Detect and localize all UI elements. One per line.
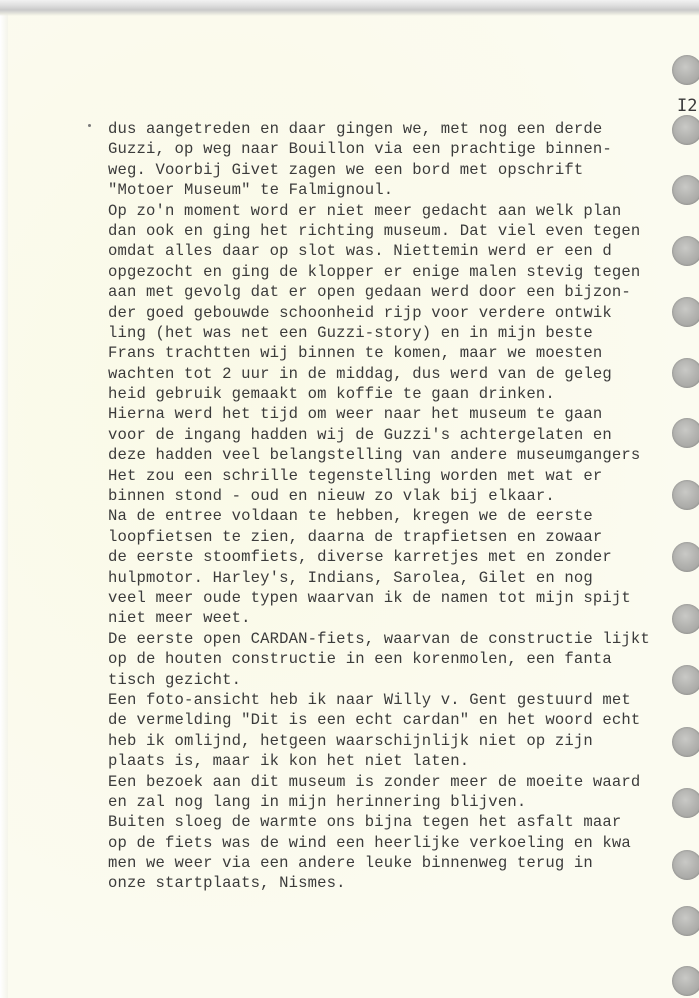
punch-hole-icon	[672, 297, 699, 327]
text-line: aan met gevolg dat er open gedaan werd d…	[108, 282, 699, 302]
text-line: loopfietsen te zien, daarna de trapfiets…	[108, 527, 699, 547]
page-number: I2	[677, 96, 697, 116]
text-line: op de fiets was de wind een heerlijke ve…	[108, 833, 699, 853]
text-line: weg. Voorbij Givet zagen we een bord met…	[108, 160, 699, 180]
text-line: "Motoer Museum" te Falmignoul.	[108, 180, 699, 200]
text-line: wachten tot 2 uur in de middag, dus werd…	[108, 364, 699, 384]
text-line: Een bezoek aan dit museum is zonder meer…	[108, 772, 699, 792]
text-line: De eerste open CARDAN-fiets, waarvan de …	[108, 629, 699, 649]
punch-hole-icon	[672, 850, 699, 880]
text-line: niet meer weet.	[108, 608, 699, 628]
punch-hole-icon	[672, 115, 699, 145]
page-top-edge-shadow	[0, 0, 699, 16]
text-line: tisch gezicht.	[108, 670, 699, 690]
text-line: Op zo'n moment word er niet meer gedacht…	[108, 201, 699, 221]
text-line: onze startplaats, Nismes.	[108, 873, 699, 893]
punch-hole-icon	[672, 358, 699, 388]
punch-hole-icon	[672, 55, 699, 85]
punch-hole-icon	[672, 604, 699, 634]
punch-hole-icon	[672, 542, 699, 572]
punch-hole-icon	[672, 480, 699, 510]
text-line: Het zou een schrille tegenstelling worde…	[108, 466, 699, 486]
punch-hole-icon	[672, 788, 699, 818]
text-line: Guzzi, op weg naar Bouillon via een prac…	[108, 139, 699, 159]
margin-mark	[88, 124, 91, 127]
text-line: deze hadden veel belangstelling van ande…	[108, 445, 699, 465]
text-line: Hierna werd het tijd om weer naar het mu…	[108, 404, 699, 424]
text-line: der goed gebouwde schoonheid rijp voor v…	[108, 303, 699, 323]
punch-hole-icon	[672, 665, 699, 695]
text-line: op de houten constructie in een korenmol…	[108, 649, 699, 669]
text-line: veel meer oude typen waarvan ik de namen…	[108, 588, 699, 608]
punch-hole-icon	[672, 418, 699, 448]
punch-hole-icon	[672, 727, 699, 757]
page-left-edge	[0, 0, 8, 998]
punch-hole-icon	[672, 906, 699, 936]
text-line: de eerste stoomfiets, diverse karretjes …	[108, 547, 699, 567]
punch-hole-icon	[672, 175, 699, 205]
punch-hole-icon	[672, 966, 699, 996]
text-line: voor de ingang hadden wij de Guzzi's ach…	[108, 425, 699, 445]
text-line: en zal nog lang in mijn herinnering blij…	[108, 792, 699, 812]
text-line: ling (het was net een Guzzi-story) en in…	[108, 323, 699, 343]
text-line: Buiten sloeg de warmte ons bijna tegen h…	[108, 812, 699, 832]
text-line: heid gebruik gemaakt om koffie te gaan d…	[108, 384, 699, 404]
text-line: heb ik omlijnd, hetgeen waarschijnlijk n…	[108, 731, 699, 751]
punch-hole-icon	[672, 236, 699, 266]
text-line: hulpmotor. Harley's, Indians, Sarolea, G…	[108, 568, 699, 588]
text-line: dan ook en ging het richting museum. Dat…	[108, 221, 699, 241]
typewritten-body-text: dus aangetreden en daar gingen we, met n…	[108, 119, 699, 894]
text-line: plaats is, maar ik kon het niet laten.	[108, 751, 699, 771]
text-line: Een foto-ansicht heb ik naar Willy v. Ge…	[108, 690, 699, 710]
text-line: binnen stond - oud en nieuw zo vlak bij …	[108, 486, 699, 506]
text-line: omdat alles daar op slot was. Niettemin …	[108, 241, 699, 261]
text-line: dus aangetreden en daar gingen we, met n…	[108, 119, 699, 139]
text-line: men we weer via een andere leuke binnenw…	[108, 853, 699, 873]
text-line: opgezocht en ging de klopper er enige ma…	[108, 262, 699, 282]
text-line: de vermelding "Dit is een echt cardan" e…	[108, 710, 699, 730]
text-line: Na de entree voldaan te hebben, kregen w…	[108, 506, 699, 526]
text-line: Frans trachtten wij binnen te komen, maa…	[108, 343, 699, 363]
